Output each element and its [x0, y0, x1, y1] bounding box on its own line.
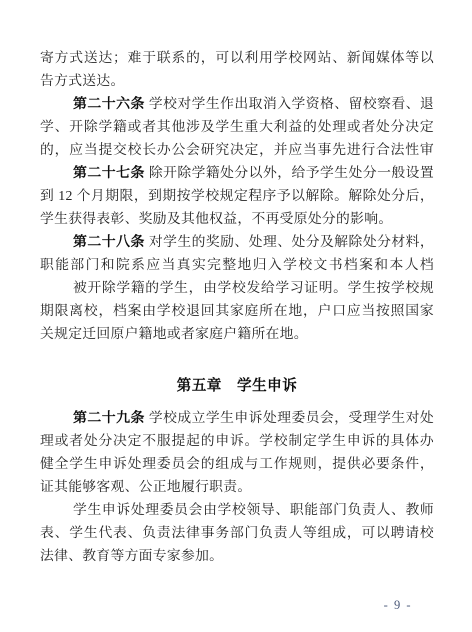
- page-number: - 9 -: [384, 598, 412, 613]
- article-number: 第二十七条: [73, 164, 145, 180]
- text-line: 到 12 个月期限，到期按学校规定程序予以解除。解除处分后，: [40, 184, 434, 207]
- text-line: 第二十八条对学生的奖励、处理、处分及解除处分材料，: [40, 230, 434, 253]
- chapter-heading: 第五章 学生申诉: [40, 375, 434, 398]
- text-line: 关规定迁回原户籍地或者家庭户籍所在地。: [40, 322, 434, 345]
- text-line: 理或者处分决定不服提起的申诉。学校制定学生申诉的具体办法，: [40, 429, 434, 452]
- article-number: 第二十九条: [73, 409, 145, 425]
- text-line: 学生申诉处理委员会由学校领导、职能部门负责人、教师代: [40, 498, 434, 521]
- text-line: 表、学生代表、负责法律事务部门负责人等组成，可以聘请校外: [40, 521, 434, 544]
- article-number: 第二十八条: [73, 233, 145, 249]
- article-number: 第二十六条: [73, 95, 145, 111]
- text-line: 学生获得表彰、奖励及其他权益，不再受原处分的影响。: [40, 207, 434, 230]
- text-line: 第二十七条除开除学籍处分以外，给予学生处分一般设置 6: [40, 161, 434, 184]
- text-line: 的，应当提交校长办公会研究决定，并应当事先进行合法性审查。: [40, 138, 434, 161]
- document-page: 寄方式送达；难于联系的，可以利用学校网站、新闻媒体等以公告方式送达。第二十六条学…: [0, 0, 472, 632]
- text-line: 寄方式送达；难于联系的，可以利用学校网站、新闻媒体等以公: [40, 46, 434, 69]
- section-chapter5-appeals: 第二十九条学校成立学生申诉处理委员会，受理学生对处理或者处分决定不服提起的申诉。…: [40, 406, 434, 567]
- text-line: 被开除学籍的学生，由学校发给学习证明。学生按学校规定: [40, 276, 434, 299]
- text-line: 法律、教育等方面专家参加。: [40, 544, 434, 567]
- text-line: 证其能够客观、公正地履行职责。: [40, 475, 434, 498]
- text-line: 第二十六条学校对学生作出取消入学资格、留校察看、退: [40, 92, 434, 115]
- text-line: 期限离校，档案由学校退回其家庭所在地，户口应当按照国家相: [40, 299, 434, 322]
- section-chapter4-end: 寄方式送达；难于联系的，可以利用学校网站、新闻媒体等以公告方式送达。第二十六条学…: [40, 46, 434, 345]
- text-line: 告方式送达。: [40, 69, 434, 92]
- body-text: 寄方式送达；难于联系的，可以利用学校网站、新闻媒体等以公告方式送达。第二十六条学…: [40, 46, 434, 567]
- text-line: 第二十九条学校成立学生申诉处理委员会，受理学生对处: [40, 406, 434, 429]
- text-line: 健全学生申诉处理委员会的组成与工作规则，提供必要条件，保: [40, 452, 434, 475]
- text-line: 学、开除学籍或者其他涉及学生重大利益的处理或者处分决定: [40, 115, 434, 138]
- text-line: 职能部门和院系应当真实完整地归入学校文书档案和本人档案。: [40, 253, 434, 276]
